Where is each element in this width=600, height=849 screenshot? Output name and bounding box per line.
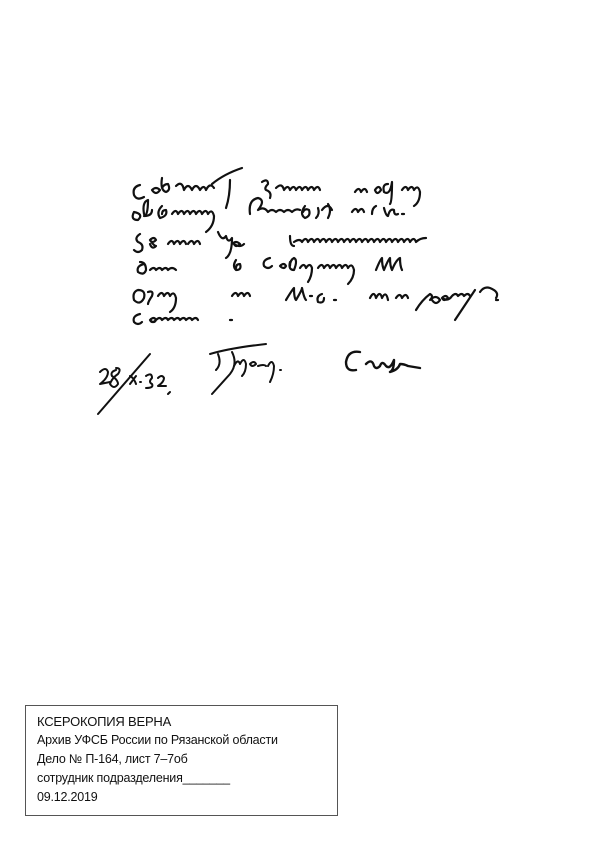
handwritten-signature <box>346 352 420 372</box>
stamp-title: КСЕРОКОПИЯ ВЕРНА <box>37 712 337 731</box>
stamp-archive: Архив УФСБ России по Рязанской области <box>37 731 337 750</box>
handwritten-line-4 <box>138 258 402 284</box>
handwritten-line-2 <box>133 198 404 232</box>
certification-stamp: КСЕРОКОПИЯ ВЕРНА Архив УФСБ России по Ря… <box>25 705 338 816</box>
handwritten-line-3 <box>134 232 426 258</box>
handwritten-title-prokuror <box>210 344 281 394</box>
stamp-case-reference: Дело № П-164, лист 7–7об <box>37 750 337 769</box>
handwritten-date <box>98 354 170 414</box>
stamp-date: 09.12.2019 <box>37 788 337 807</box>
handwritten-line-1 <box>134 168 420 208</box>
document-page: КСЕРОКОПИЯ ВЕРНА Архив УФСБ России по Ря… <box>0 0 600 849</box>
stamp-officer: сотрудник подразделения_______ <box>37 769 337 788</box>
handwritten-line-6 <box>134 314 232 324</box>
handwritten-line-5 <box>134 288 499 321</box>
